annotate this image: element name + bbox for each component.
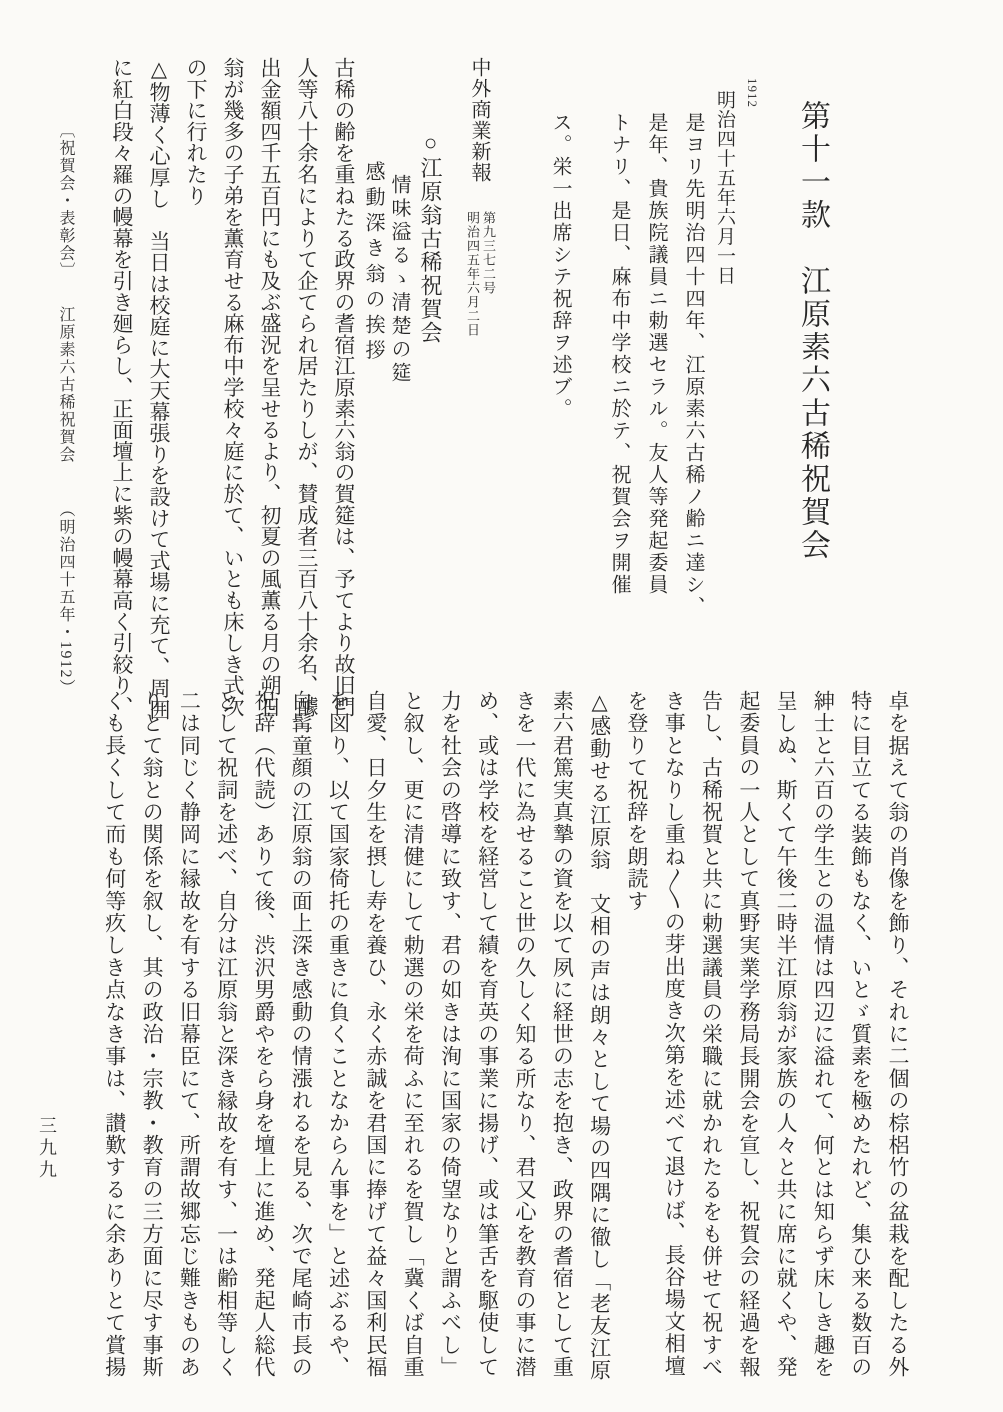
body-line: きを一代に為せること世の久しく知る所なり、君又心を教育の事に潜 xyxy=(506,690,543,1392)
margin-caption-title: 江原素六古稀祝賀会 xyxy=(57,306,74,464)
western-year: 1912 xyxy=(745,57,759,715)
margin-caption-date: （明治四十五年・1912） xyxy=(57,501,74,697)
bottom-register: 卓を据えて翁の肖像を飾り、それに二個の棕梠竹の盆栽を配したる外 特に目立てる装飾… xyxy=(95,690,916,1392)
body-line: の下に行れたり xyxy=(177,57,214,694)
summary-line: 是年、貴族院議員ニ勅選セラル。友人等発起委員 xyxy=(645,57,667,749)
section-title: 第十一款 江原素六古稀祝賀会 xyxy=(795,57,829,737)
body-line: 自愛、日夕生を摂し寿を養ひ、永く赤誠を君国に捧げて益々国利民福 xyxy=(357,690,394,1392)
date-line: 明治四十五年六月一日 xyxy=(714,57,734,727)
body-line: △物薄く心厚し 当日は校庭に大天幕張りを設けて式場に充て、周囲 xyxy=(140,57,177,694)
body-line: を登りて祝辞を朗読す xyxy=(618,690,655,1392)
scanned-page: 第十一款 江原素六古稀祝賀会 1912 明治四十五年六月一日 是ヨリ先明治四十四… xyxy=(0,0,1003,1412)
source-column: 中外商業新報第九三七二号明治四五年六月二日 xyxy=(462,57,496,694)
body-line: 出金額四千五百円にも及ぶ盛況を呈せるより、初夏の風薫る月の朔日 xyxy=(251,57,288,694)
body-line: き事となりし重ね〱の芽出度き次第を述べて退けば、長谷場文相壇 xyxy=(655,690,692,1392)
body-line: として祝詞を述べ、自分は江原翁と深き縁故を有す、一は齢相等しく xyxy=(207,690,244,1392)
top-register: 第十一款 江原素六古稀祝賀会 1912 明治四十五年六月一日 是ヨリ先明治四十四… xyxy=(103,57,829,694)
body-line: 人等八十余名によりて企てられ居たりしが、賛成者三百八十余名、醵 xyxy=(288,57,325,694)
article-subhead: 感動深き翁の挨拶 xyxy=(362,57,384,798)
body-line: りとて翁との関係を叙し、其の政治・宗教・教育の三方面に尽す事斯 xyxy=(133,690,170,1392)
issue-reference: 第九三七二号明治四五年六月二日 xyxy=(464,211,496,337)
margin-caption-category: 〔祝賀会・表彰会〕 xyxy=(57,122,74,280)
issue-number: 第九三七二号 xyxy=(480,211,496,337)
body-line: くも長くして而も何等疚しき点なき事は、讃歎するに余ありとて賞揚 xyxy=(95,690,132,1392)
summary-line: トナリ、是日、麻布中学校ニ於テ、祝賀会ヲ開催 xyxy=(608,57,630,749)
summary-line: ス。栄一出席シテ祝辞ヲ述ブ。 xyxy=(549,57,571,749)
body-line: と叙し、更に清健にして勅選の栄を荷ふに至れるを賀し「冀くば自重 xyxy=(394,690,431,1392)
body-line: 古稀の齢を重ねたる政界の耆宿江原素六翁の賀筵は、予てより故旧門 xyxy=(325,57,362,694)
article-title: ○江原翁古稀祝賀会 xyxy=(418,57,442,767)
body-line: 翁が幾多の子弟を薫育せる麻布中学校々庭に於て、いとも床しき式次 xyxy=(214,57,251,694)
issue-date: 明治四五年六月二日 xyxy=(464,211,480,337)
publication-name: 中外商業新報 xyxy=(468,57,490,183)
margin-caption: 〔祝賀会・表彰会〕江原素六古稀祝賀会（明治四十五年・1912） xyxy=(54,122,76,702)
body-line: め、或は学校を経営して績を育英の事業に揚げ、或は筆舌を駆使して xyxy=(468,690,505,1392)
body-line: 特に目立てる装飾もなく、いとゞ質素を極めたれど、集ひ来る数百の xyxy=(841,690,878,1392)
page-number: 三九九 xyxy=(36,1116,58,1182)
body-line: 二は同じく静岡に縁故を有する旧幕臣にて、所謂故郷忘じ難きものあ xyxy=(170,690,207,1392)
body-line: 白髯童顔の江原翁の面上深き感動の情漲れるを見る、次で尾崎市長の xyxy=(282,690,319,1392)
body-line: 告し、古稀祝賀と共に勅選議員の栄職に就かれたるをも併せて祝すべ xyxy=(692,690,729,1392)
body-line: を図り、以て国家倚托の重きに負くことなからん事を」と述ぶるや、 xyxy=(319,690,356,1392)
body-line: 祝辞（代読）ありて後、渋沢男爵やをら身を壇上に進め、発起人総代 xyxy=(245,690,282,1392)
body-line: 力を社会の啓導に致す、君の如きは洵に国家の倚望なりと謂ふべし」 xyxy=(431,690,468,1392)
body-line: 素六君篤実真摯の資を以て夙に経世の志を抱き、政界の耆宿として重 xyxy=(543,690,580,1392)
body-line: 呈しぬ、斯くて午後二時半江原翁が家族の人々と共に席に就くや、発 xyxy=(767,690,804,1392)
body-line: に紅白段々羅の幔幕を引き廻らし、正面壇上に紫の幔幕高く引絞り、 xyxy=(103,57,140,694)
body-line: 卓を据えて翁の肖像を飾り、それに二個の棕梠竹の盆栽を配したる外 xyxy=(879,690,916,1392)
body-line: △感動せる江原翁 文相の声は朗々として場の四隅に徹し「老友江原 xyxy=(580,690,617,1392)
summary-line: 是ヨリ先明治四十四年、江原素六古稀ノ齢ニ達シ、 xyxy=(682,57,704,749)
body-line: 起委員の一人として真野実業学務局長開会を宣し、祝賀会の経過を報 xyxy=(730,690,767,1392)
body-line: 紳士と六百の学生との温情は四辺に溢れて、何とは知らず床しき趣を xyxy=(804,690,841,1392)
